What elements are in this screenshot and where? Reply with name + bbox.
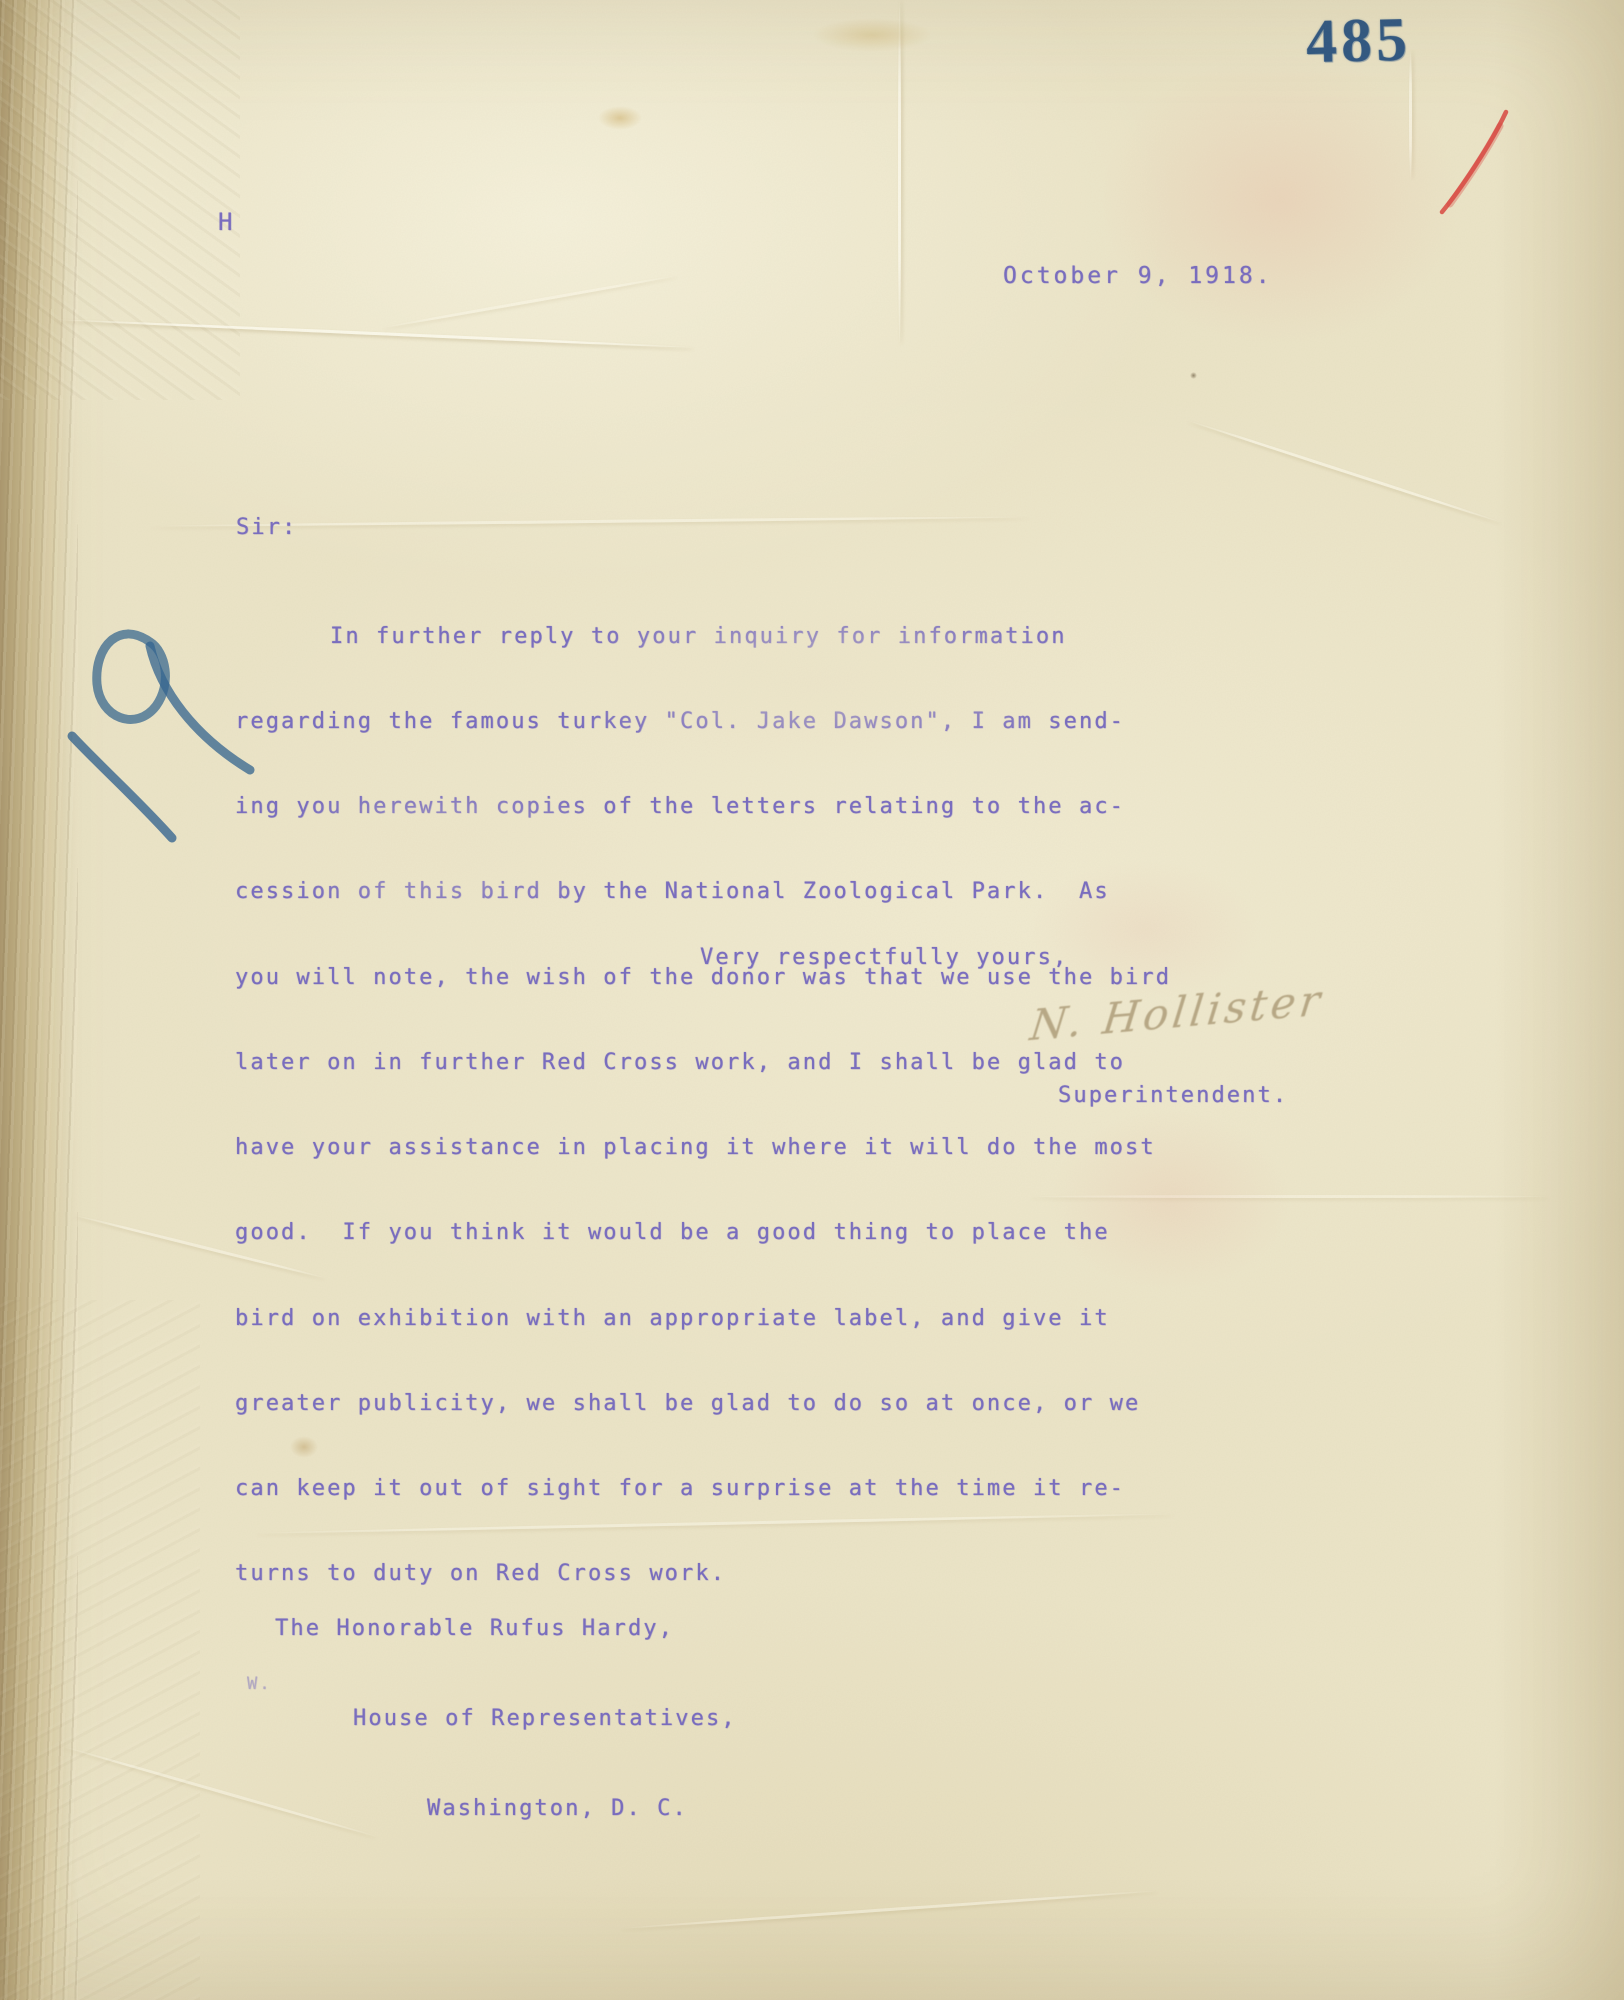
file-letter: H: [218, 208, 235, 236]
body-line: later on in further Red Cross work, and …: [235, 1049, 1225, 1077]
blue-pencil-digit-1: [72, 736, 172, 838]
signature-title: Superintendent.: [1058, 1082, 1288, 1110]
paper-stain: [598, 106, 642, 130]
recipient-address: The Honorable Rufus Hardy, House of Repr…: [275, 1554, 737, 1884]
crease: [1188, 419, 1503, 524]
closing: Very respectfully yours,: [700, 944, 1068, 972]
crease: [898, 0, 901, 345]
crease: [382, 274, 678, 329]
paper-stain: [812, 18, 932, 52]
body-line: ing you herewith copies of the letters r…: [235, 793, 1225, 821]
recipient-line: The Honorable Rufus Hardy,: [275, 1614, 737, 1644]
crease: [55, 318, 695, 349]
blue-pencil-digit-9-loop: [97, 634, 166, 720]
paper-stain: [1100, 55, 1460, 345]
red-pencil-stroke: [1442, 112, 1506, 212]
page-number-stamp: 485: [1305, 5, 1411, 78]
salutation: Sir:: [236, 514, 297, 542]
body-line: greater publicity, we shall be glad to d…: [235, 1390, 1225, 1418]
body-line: In further reply to your inquiry for inf…: [235, 623, 1225, 651]
body-line: cession of this bird by the National Zoo…: [235, 878, 1225, 906]
crease: [621, 1889, 1160, 1930]
body-line: good. If you think it would be a good th…: [235, 1219, 1225, 1247]
typist-mark: W.: [247, 1670, 272, 1698]
letter-date: October 9, 1918.: [1003, 262, 1273, 290]
recipient-line: House of Representatives,: [275, 1704, 737, 1734]
red-pencil-stroke-halo: [1450, 126, 1500, 204]
body-line: have your assistance in placing it where…: [235, 1134, 1225, 1162]
body-line: bird on exhibition with an appropriate l…: [235, 1305, 1225, 1333]
body-line: can keep it out of sight for a surprise …: [235, 1475, 1225, 1503]
binding-edge: [0, 0, 78, 2000]
letter-document: 485 H October 9, 1918. Sir: In further r…: [0, 0, 1624, 2000]
body-line: regarding the famous turkey "Col. Jake D…: [235, 708, 1225, 736]
recipient-line: Washington, D. C.: [275, 1794, 737, 1824]
paper-speck: [1190, 372, 1197, 379]
